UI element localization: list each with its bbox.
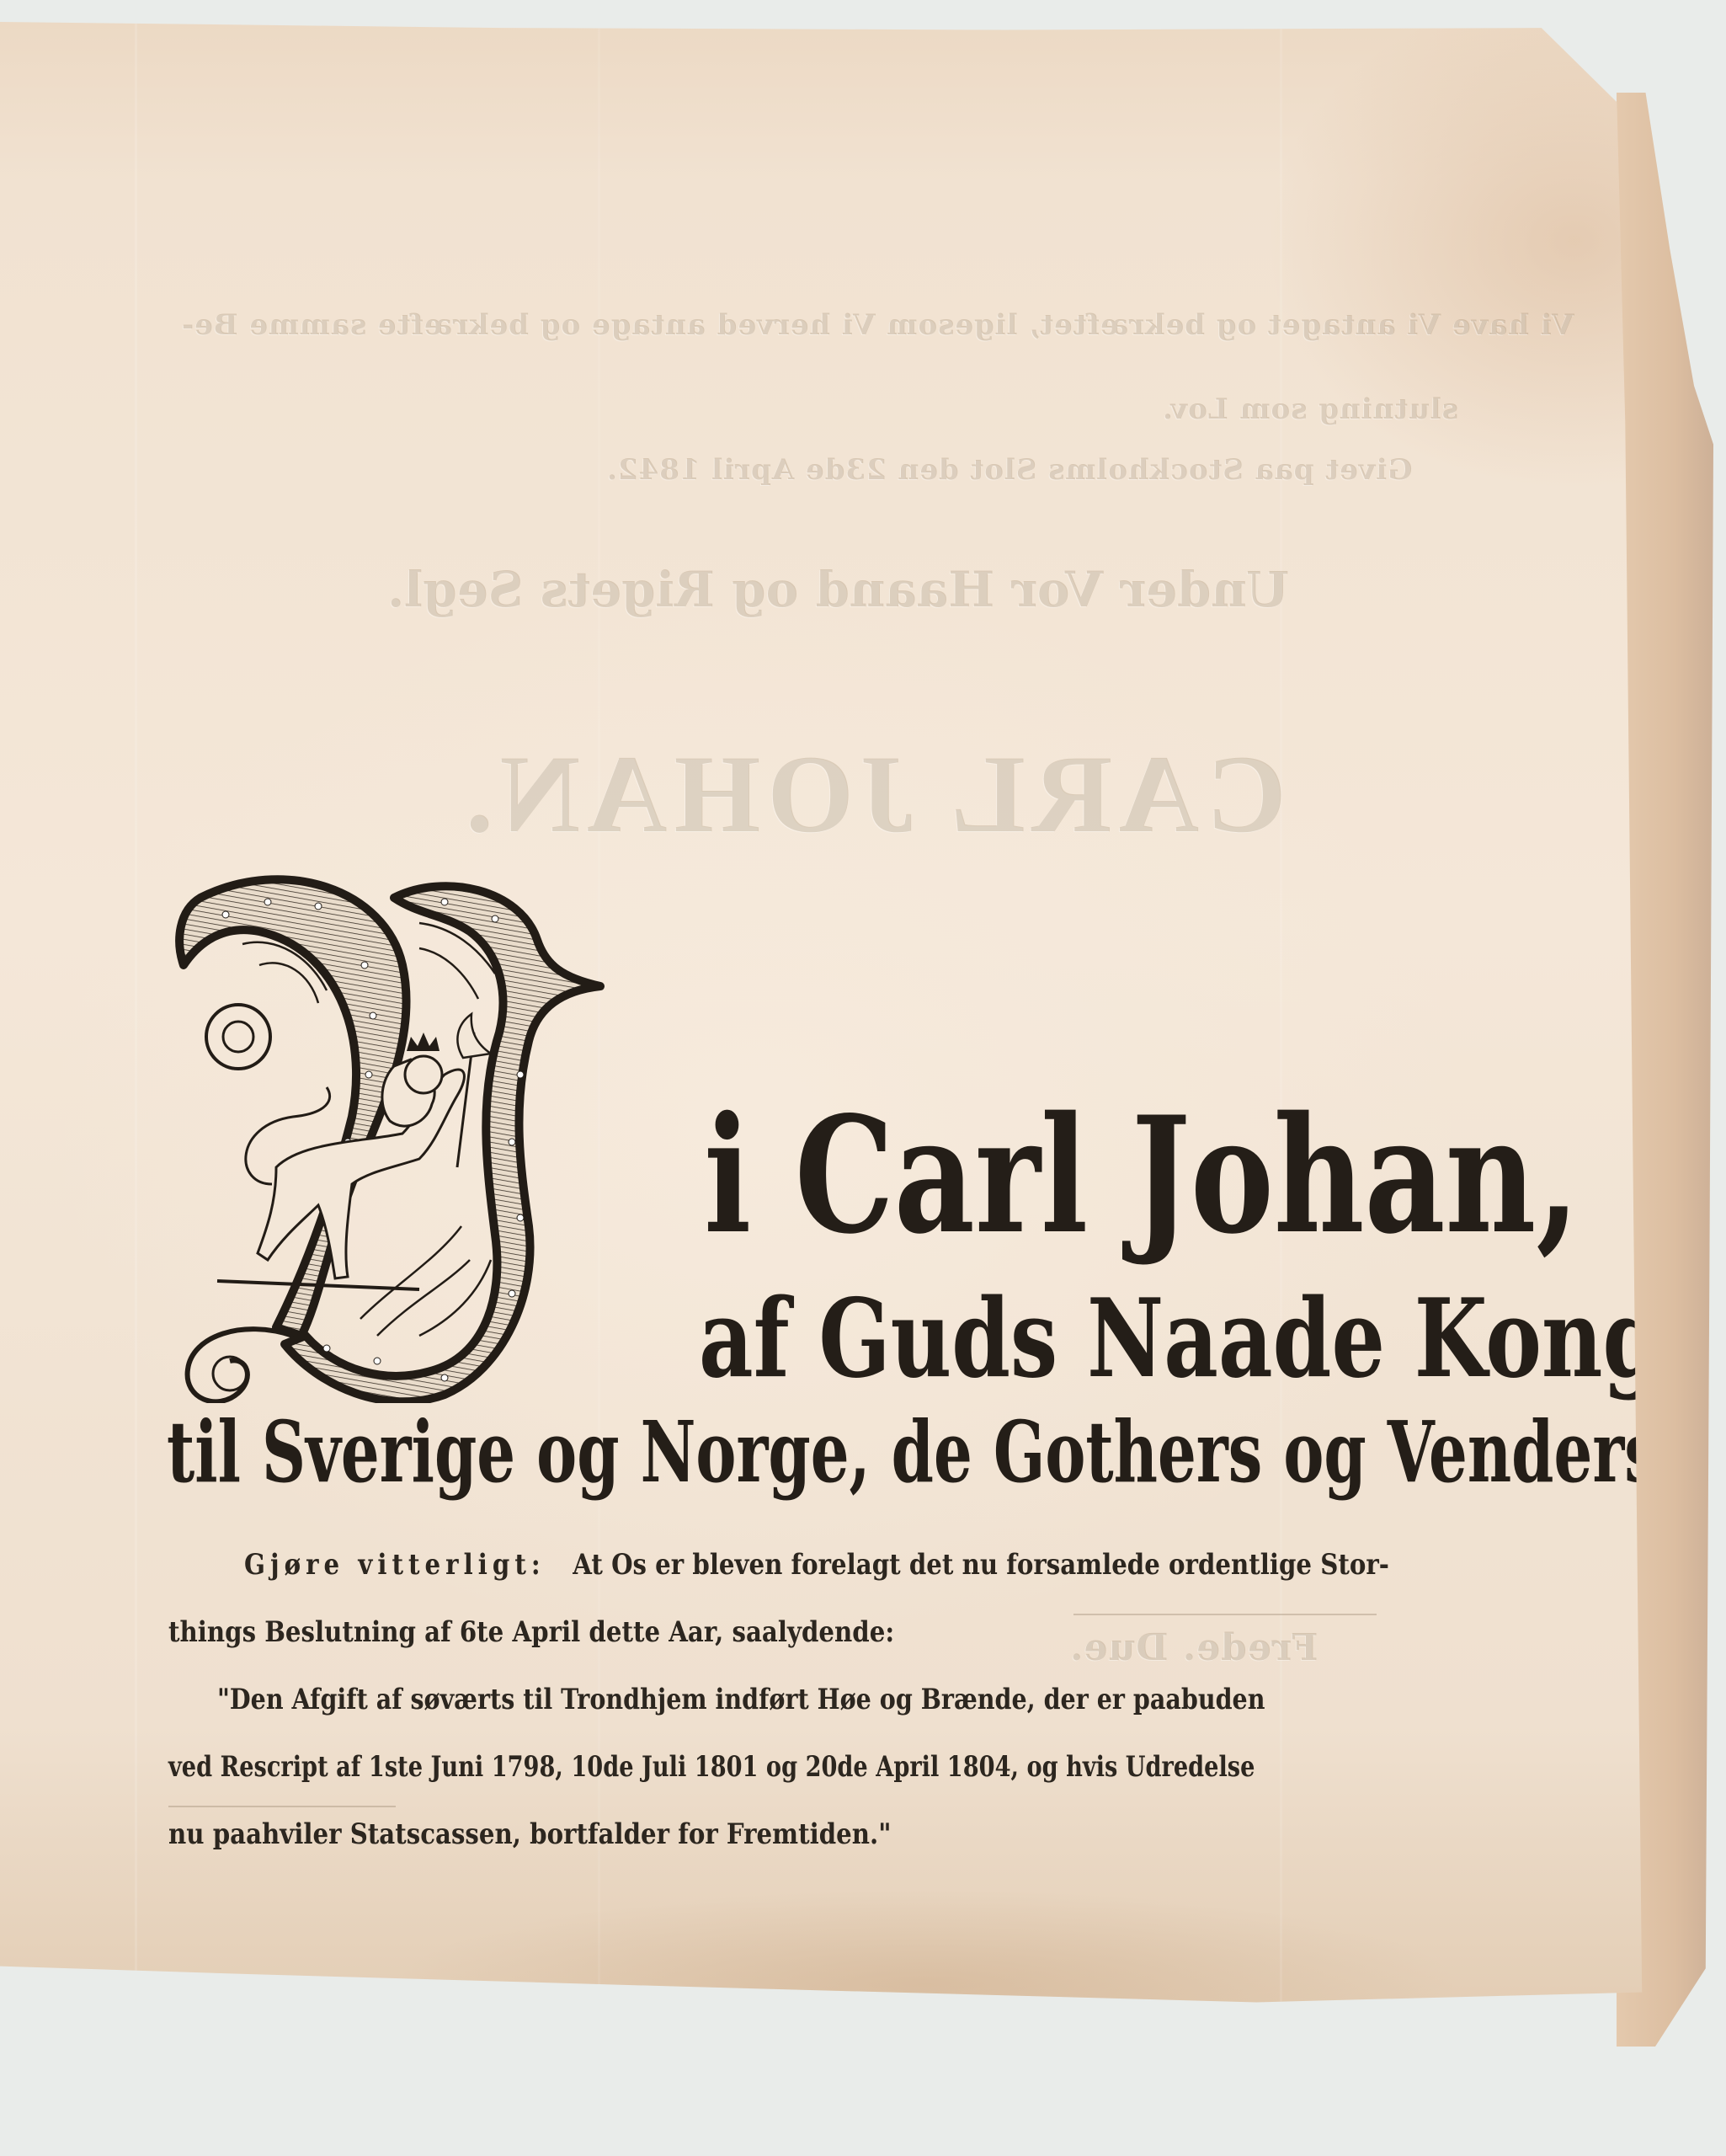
- bleed-through-rule: [168, 1806, 396, 1807]
- bleed-through-rule: [1073, 1614, 1377, 1615]
- heading-line-3: til Sverige og Norge, de Gothers og Vend…: [167, 1410, 1681, 1494]
- bleed-through-line: slutning som Lov.: [1162, 392, 1458, 426]
- body-line-1-text: At Os er bleven forelagt det nu forsamle…: [573, 1548, 1389, 1582]
- heading-line-2: af Guds Naade Konge: [699, 1285, 1715, 1393]
- body-lead-phrase: Gjøre vitterligt:: [244, 1548, 546, 1582]
- body-line-3: "Den Afgift af søværts til Trondhjem ind…: [217, 1683, 1265, 1716]
- paper-crease: [135, 22, 137, 2026]
- body-line-5: nu paahviler Statscassen, bortfalder for…: [168, 1817, 891, 1851]
- bleed-through-countersign: Frede. Due.: [1069, 1626, 1318, 1669]
- bleed-through-line: Givet paa Stockholms Slot den 23de April…: [606, 453, 1412, 487]
- body-line-2: things Beslutning af 6te April dette Aar…: [168, 1615, 894, 1649]
- body-line-1: Gjøre vitterligt: At Os er bleven forela…: [244, 1548, 1389, 1582]
- bleed-through-line: Vi have Vi antaget og bekræftet, ligesom…: [181, 308, 1574, 342]
- bleed-through-sign-line: Under Vor Haand og Rigets Segl.: [387, 561, 1289, 618]
- body-line-4: ved Rescript af 1ste Juni 1798, 10de Jul…: [168, 1750, 1255, 1784]
- bleed-through-signature: CARL JOHAN.: [459, 729, 1287, 858]
- paper-sheet: Vi have Vi antaget og bekræftet, ligesom…: [0, 22, 1675, 2026]
- heading-line-1: i Carl Johan,: [704, 1096, 1580, 1256]
- ornamental-initial-v-icon: [167, 864, 613, 1403]
